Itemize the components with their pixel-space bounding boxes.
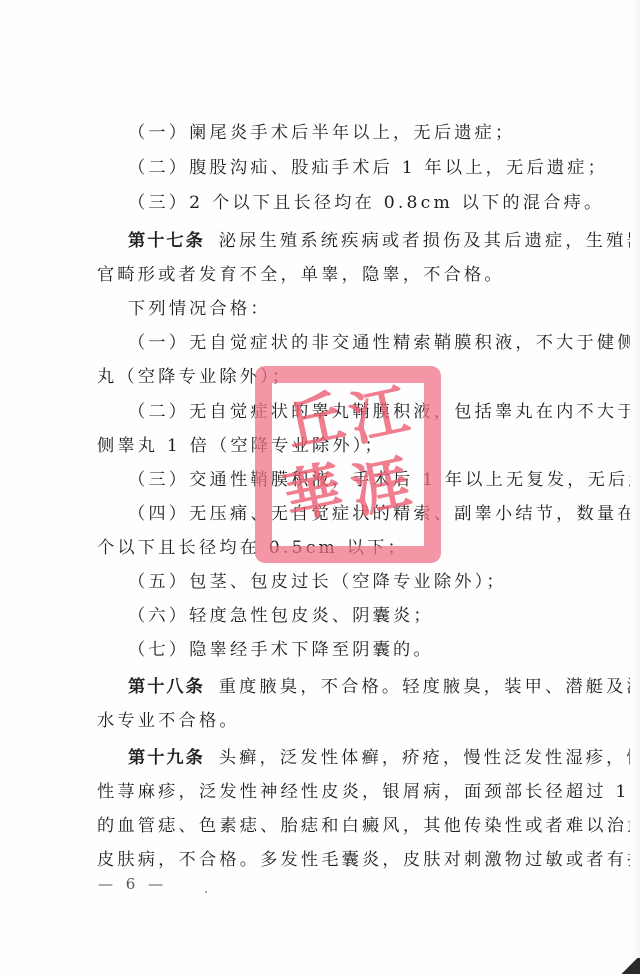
article-heading: 第十七条	[128, 231, 205, 251]
text-line: （三）交通性鞘膜积液，手术后 1 年以上无复发，无后遗症；	[128, 463, 618, 497]
line-text: （七）隐睾经手术下降至阴囊的。	[128, 640, 434, 660]
line-text: 侧睾丸 1 倍（空降专业除外）；	[97, 436, 385, 456]
line-text: 下列情况合格：	[128, 299, 271, 319]
line-text: （二）腹股沟疝、股疝手术后 1 年以上，无后遗症；	[128, 158, 608, 178]
text-line: （一）阑尾炎手术后半年以上，无后遗症；	[128, 116, 618, 150]
line-text: （三）2 个以下且长径均在 0.8cm 以下的混合痔。	[128, 193, 604, 213]
line-text: （一）无自觉症状的非交通性精索鞘膜积液，不大于健侧睾	[128, 333, 640, 353]
article-18-line: 第十八条重度腋臭，不合格。轻度腋臭，装甲、潜艇及潜	[128, 670, 618, 704]
page-corner-shadow	[618, 958, 640, 974]
text-line: 的血管痣、色素痣、胎痣和白癜风，其他传染性或者难以治愈的	[97, 809, 617, 843]
line-text: 泌尿生殖系统疾病或者损伤及其后遗症，生殖器	[219, 231, 640, 251]
text-line: 性荨麻疹，泛发性神经性皮炎，银屑病，面颈部长径超过 1cm	[97, 775, 617, 809]
article-heading: 第十九条	[128, 748, 205, 768]
page-number: — 6 —	[98, 875, 167, 893]
text-line: 个以下且长径均在 0.5cm 以下；	[97, 531, 617, 565]
line-text: 的血管痣、色素痣、胎痣和白癜风，其他传染性或者难以治愈的	[97, 816, 640, 836]
text-line: 水专业不合格。	[97, 704, 617, 738]
speck	[205, 891, 207, 893]
line-text: 丸（空降专业除外）；	[97, 367, 292, 387]
line-text: 个以下且长径均在 0.5cm 以下；	[97, 538, 408, 558]
text-line: （六）轻度急性包皮炎、阴囊炎；	[128, 599, 618, 633]
text-line: 侧睾丸 1 倍（空降专业除外）；	[97, 429, 617, 463]
line-text: （二）无自觉症状的睾丸鞘膜积液，包括睾丸在内不大于健	[128, 402, 640, 422]
text-line: 官畸形或者发育不全，单睾，隐睾，不合格。	[97, 258, 617, 292]
line-text: 皮肤病，不合格。多发性毛囊炎，皮肤对刺激物过敏或者有接触	[97, 850, 640, 870]
article-19-line: 第十九条头癣，泛发性体癣，疥疮，慢性泛发性湿疹，慢	[128, 741, 618, 775]
line-text: 重度腋臭，不合格。轻度腋臭，装甲、潜艇及潜	[219, 677, 640, 697]
line-text: （六）轻度急性包皮炎、阴囊炎；	[128, 606, 434, 626]
text-line: （五）包茎、包皮过长（空降专业除外）；	[128, 565, 618, 599]
document-page: （一）阑尾炎手术后半年以上，无后遗症； （二）腹股沟疝、股疝手术后 1 年以上，…	[0, 0, 640, 974]
page-edge	[630, 0, 640, 974]
text-line: （二）腹股沟疝、股疝手术后 1 年以上，无后遗症；	[128, 151, 618, 185]
text-line: （三）2 个以下且长径均在 0.8cm 以下的混合痔。	[128, 186, 618, 220]
article-17-line: 第十七条泌尿生殖系统疾病或者损伤及其后遗症，生殖器	[128, 224, 618, 258]
text-line: （二）无自觉症状的睾丸鞘膜积液，包括睾丸在内不大于健	[128, 395, 618, 429]
text-line: 皮肤病，不合格。多发性毛囊炎，皮肤对刺激物过敏或者有接触	[97, 843, 617, 877]
line-text: （一）阑尾炎手术后半年以上，无后遗症；	[128, 123, 515, 143]
line-text: 头癣，泛发性体癣，疥疮，慢性泛发性湿疹，慢	[219, 748, 640, 768]
line-text: 水专业不合格。	[97, 711, 240, 731]
line-text: 性荨麻疹，泛发性神经性皮炎，银屑病，面颈部长径超过 1cm	[97, 782, 640, 802]
text-line: （四）无压痛、无自觉症状的精索、副睾小结节，数量在 2	[128, 497, 618, 531]
line-text: （五）包茎、包皮过长（空降专业除外）；	[128, 572, 507, 592]
text-line: 下列情况合格：	[128, 292, 618, 326]
text-line: （七）隐睾经手术下降至阴囊的。	[128, 633, 618, 667]
line-text: 官畸形或者发育不全，单睾，隐睾，不合格。	[97, 265, 505, 285]
text-line: 丸（空降专业除外）；	[97, 360, 617, 394]
article-heading: 第十八条	[128, 677, 205, 697]
line-text: （四）无压痛、无自觉症状的精索、副睾小结节，数量在 2	[128, 504, 640, 524]
text-line: （一）无自觉症状的非交通性精索鞘膜积液，不大于健侧睾	[128, 326, 618, 360]
line-text: （三）交通性鞘膜积液，手术后 1 年以上无复发，无后遗症；	[128, 470, 640, 490]
